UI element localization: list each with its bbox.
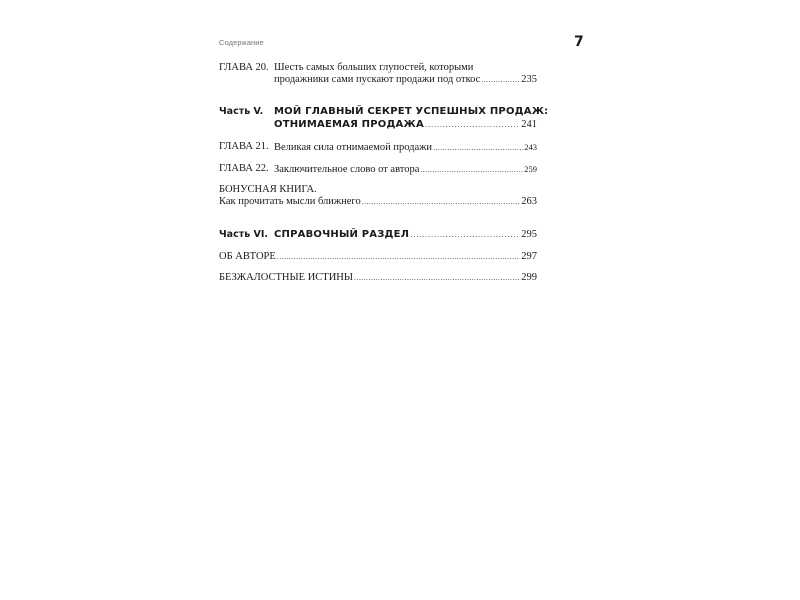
toc-entry-chapter-21[interactable]: ГЛАВА 21. Великая сила отнимаемой продаж… [219,141,537,153]
toc-entry-page: 295 [521,229,537,241]
toc-entry-title: ОБ АВТОРЕ [219,251,276,263]
toc-entry-page: 259 [524,163,537,175]
toc-entry-title: СПРАВОЧНЫЙ РАЗДЕЛ [274,229,409,241]
book-page: Содержание 7 ГЛАВА 20. Шесть самых больш… [0,0,800,600]
dot-leader [410,229,520,241]
toc-entry-chapter-20[interactable]: ГЛАВА 20. Шесть самых больших глупостей,… [219,62,537,86]
page-number: 7 [574,34,584,50]
running-head: Содержание [219,38,264,47]
toc-entry-title: Заключительное слово от автора [274,164,419,176]
toc-entry-bonus-book[interactable]: БОНУСНАЯ КНИГА. Как прочитать мысли ближ… [219,184,537,208]
dot-leader [481,74,520,86]
toc-entry-title: Как прочитать мысли ближнего [219,196,361,208]
toc-entry-label: ГЛАВА 22. [219,163,269,175]
toc-entry-page: 297 [521,251,537,263]
toc-entry-part-5[interactable]: Часть V. МОЙ ГЛАВНЫЙ СЕКРЕТ УСПЕШНЫХ ПРО… [219,106,537,132]
dot-leader [425,119,520,131]
dot-leader [362,196,521,208]
toc-entry-page: 241 [521,119,537,131]
dot-leader [433,142,523,154]
toc-entry-label: ГЛАВА 21. [219,141,269,153]
toc-entry-title: БОНУСНАЯ КНИГА. [219,184,317,196]
dot-leader [420,164,523,176]
toc-entry-page: 243 [524,141,537,153]
toc-entry-title: Шесть самых больших глупостей, которыми [274,62,473,74]
toc-entry-title: БЕЗЖАЛОСТНЫЕ ИСТИНЫ [219,272,353,284]
toc-entry-title: Великая сила отнимаемой продажи [274,142,432,154]
toc-entry-page: 235 [521,74,537,86]
toc-entry-label: Часть VI. [219,229,268,241]
toc-entry-ruthless-truths[interactable]: БЕЗЖАЛОСТНЫЕ ИСТИНЫ 299 [219,272,537,284]
toc-entry-page: 299 [521,272,537,284]
toc-entry-chapter-22[interactable]: ГЛАВА 22. Заключительное слово от автора… [219,163,537,175]
toc-entry-page: 263 [521,196,537,208]
toc-entry-title: продажники сами пускают продажи под отко… [274,74,480,86]
toc-entry-label: ГЛАВА 20. [219,62,269,74]
toc-entry-part-6[interactable]: Часть VI. СПРАВОЧНЫЙ РАЗДЕЛ 295 [219,229,537,242]
dot-leader [354,272,520,284]
dot-leader [277,251,520,263]
toc-entry-label: Часть V. [219,106,263,118]
toc-entry-title: ОТНИМАЕМАЯ ПРОДАЖА [274,119,424,131]
toc-entry-title: МОЙ ГЛАВНЫЙ СЕКРЕТ УСПЕШНЫХ ПРОДАЖ: [274,106,548,118]
toc-entry-about-author[interactable]: ОБ АВТОРЕ 297 [219,251,537,263]
